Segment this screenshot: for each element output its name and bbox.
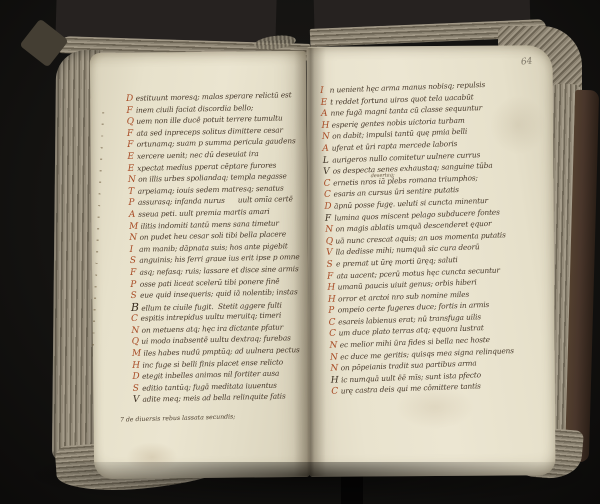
- line-text: ortunamq; suam p summa pericula gaudens: [137, 137, 296, 150]
- line-text: sseua peti. uult premia martis amari: [138, 207, 269, 219]
- line-initial: D: [126, 94, 133, 106]
- book-cast-shadow: [30, 462, 590, 504]
- line-initial: C: [331, 387, 338, 399]
- line-initial: S: [326, 260, 333, 272]
- line-text: inem ciuili faciat discordia bello;: [136, 103, 253, 115]
- left-page-text: Destituunt moresq; malos sperare relictū…: [126, 89, 309, 406]
- line-text: xercere uenit; nec dū deseuiat ira: [137, 149, 259, 161]
- line-initial: V: [133, 395, 140, 407]
- line-text: assurasq; infanda nurus uult omīa certē: [138, 195, 293, 208]
- folio-number: 64: [521, 56, 533, 67]
- line-initial: F: [130, 268, 137, 280]
- line-initial: A: [129, 210, 136, 222]
- line-text: estituunt moresq; malos sperare relictū …: [136, 90, 292, 103]
- interlinear-gloss: desertaq;: [371, 171, 395, 183]
- right-page-text: In uenient hęc arma manus nobisq; repuls…: [320, 78, 513, 397]
- line-text: adite meq; meis ad bella relinquite fati…: [142, 392, 285, 404]
- line-initial: B: [131, 301, 139, 313]
- manuscript-photo: 64 Destituunt moresq; malos sperare reli…: [0, 0, 600, 504]
- line-initial: E: [127, 152, 134, 164]
